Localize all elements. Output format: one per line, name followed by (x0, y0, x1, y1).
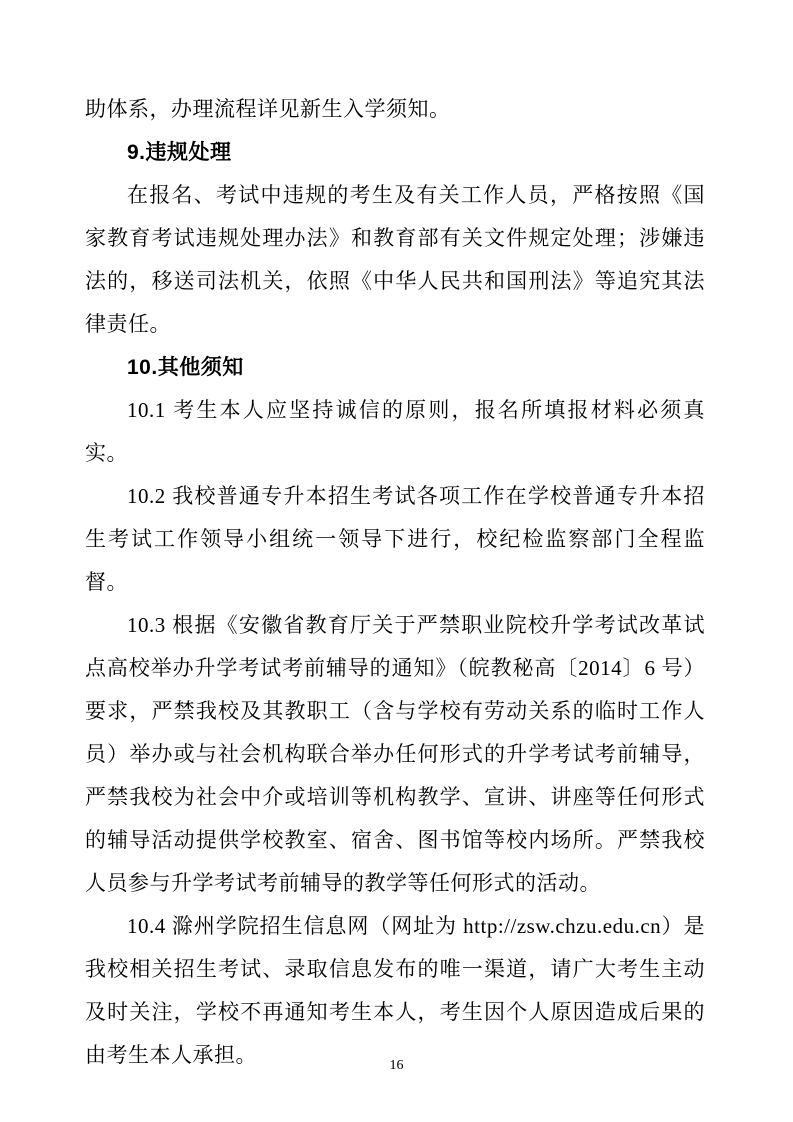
page-number: 16 (390, 1058, 404, 1073)
body-paragraph-10-4: 10.4 滁州学院招生信息网（网址为 http://zsw.chzu.edu.c… (85, 905, 705, 1077)
section-heading-9: 9.违规处理 (85, 131, 705, 174)
body-paragraph-10-1: 10.1 考生本人应坚持诚信的原则，报名所填报材料必须真实。 (85, 389, 705, 475)
body-paragraph: 在报名、考试中违规的考生及有关工作人员，严格按照《国家教育考试违规处理办法》和教… (85, 174, 705, 346)
body-paragraph-10-3: 10.3 根据《安徽省教育厅关于严禁职业院校升学考试改革试点高校举办升学考试考前… (85, 604, 705, 905)
body-paragraph-10-2: 10.2 我校普通专升本招生考试各项工作在学校普通专升本招生考试工作领导小组统一… (85, 475, 705, 604)
body-paragraph-continuation: 助体系，办理流程详见新生入学须知。 (85, 88, 705, 131)
document-page: 助体系，办理流程详见新生入学须知。 9.违规处理 在报名、考试中违规的考生及有关… (0, 0, 793, 1122)
page-footer: 16 (0, 1056, 793, 1074)
document-body: 助体系，办理流程详见新生入学须知。 9.违规处理 在报名、考试中违规的考生及有关… (85, 88, 705, 1077)
section-heading-10: 10.其他须知 (85, 346, 705, 389)
